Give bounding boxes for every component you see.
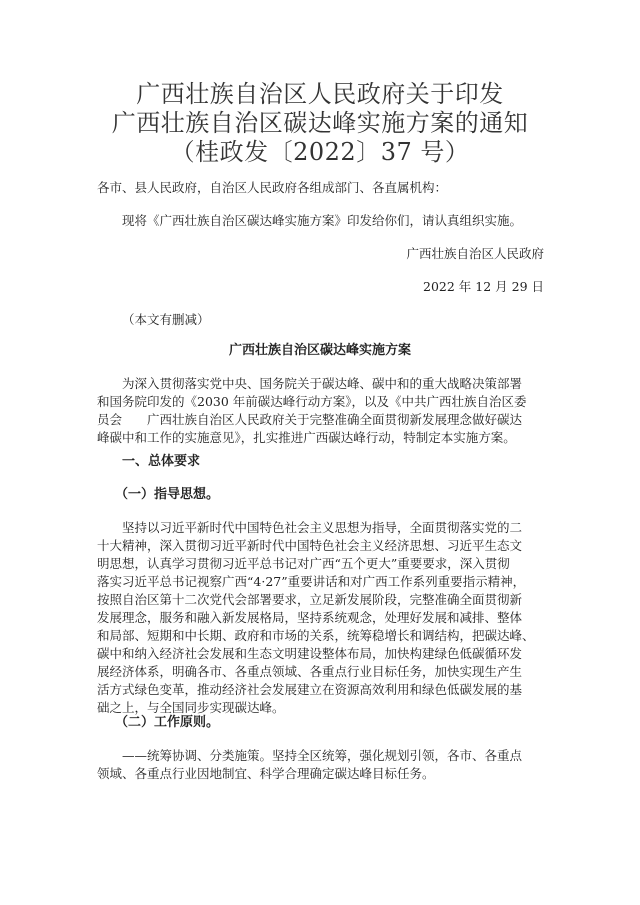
- ideology-line: 碳中和纳入经济社会发展和生态文明建设整体布局，加快构建绿色低碳循环发: [97, 645, 549, 663]
- notice-title-line-2: 广西壮族自治区碳达峰实施方案的通知: [0, 109, 640, 138]
- ideology-line: 十大精神，深入贯彻习近平新时代中国特色社会主义经济思想、习近平生态文: [97, 537, 549, 555]
- intro-line-3: 员会 广西壮族自治区人民政府关于完整准确全面贯彻新发展理念做好碳达: [97, 411, 549, 429]
- notice-body: 现将《广西壮族自治区碳达峰实施方案》印发给你们，请认真组织实施。: [122, 212, 522, 230]
- document-page: 广西壮族自治区人民政府关于印发 广西壮族自治区碳达峰实施方案的通知 （桂政发〔2…: [0, 0, 640, 905]
- ideology-line: 按照自治区第十二次党代会部署要求，立足新发展阶段，完整准确全面贯彻新: [97, 591, 549, 609]
- intro-line-2: 和国务院印发的《2030 年前碳达峰行动方案》，以及《中共广西壮族自治区委: [97, 393, 549, 411]
- plan-title: 广西壮族自治区碳达峰实施方案: [0, 342, 640, 360]
- work-principles-paragraph: ——统筹协调、分类施策。坚持全区统筹，强化规划引领，各市、各重点 领域、各重点行…: [97, 747, 549, 783]
- subsection-1-heading: （一）指导思想。: [115, 486, 219, 504]
- ideology-line: 明思想，认真学习贯彻习近平总书记对广西“五个更大”重要要求，深入贯彻: [97, 555, 549, 573]
- ideology-line: 和局部、短期和中长期、政府和市场的关系，统筹稳增长和调结构，把碳达峰、: [97, 627, 549, 645]
- addressee: 各市、县人民政府，自治区人民政府各组成部门、各直属机构：: [97, 179, 447, 197]
- guiding-ideology-paragraph: 坚持以习近平新时代中国特色社会主义思想为指导，全面贯彻落实党的二 十大精神，深入…: [97, 519, 549, 717]
- principle-line: 领域、各重点行业因地制宜、科学合理确定碳达峰目标任务。: [97, 765, 549, 783]
- ideology-line: 发展理念，服务和融入新发展格局，坚持系统观念，处理好发展和减排、整体: [97, 609, 549, 627]
- deletion-note: （本文有删减）: [122, 311, 210, 329]
- subsection-2-heading: （二）工作原则。: [115, 714, 219, 732]
- ideology-line: 坚持以习近平新时代中国特色社会主义思想为指导，全面贯彻落实党的二: [97, 519, 549, 537]
- section-1-heading: 一、总体要求: [122, 453, 200, 471]
- intro-paragraph: 为深入贯彻落实党中央、国务院关于碳达峰、碳中和的重大战略决策部署 和国务院印发的…: [97, 375, 549, 447]
- ideology-line: 活方式绿色变革，推动经济社会发展建立在资源高效利用和绿色低碳发展的基: [97, 681, 549, 699]
- ideology-line: 落实习近平总书记视察广西“4·27”重要讲话和对广西工作系列重要指示精神，: [97, 573, 549, 591]
- date: 2022 年 12 月 29 日: [423, 278, 544, 296]
- notice-title-line-1: 广西壮族自治区人民政府关于印发: [0, 80, 640, 109]
- ideology-line: 展经济体系，明确各市、各重点领域、各重点行业目标任务，加快实现生产生: [97, 663, 549, 681]
- signature: 广西壮族自治区人民政府: [406, 245, 544, 263]
- intro-line-4: 峰碳中和工作的实施意见》，扎实推进广西碳达峰行动，特制定本实施方案。: [97, 429, 549, 447]
- intro-line-1: 为深入贯彻落实党中央、国务院关于碳达峰、碳中和的重大战略决策部署: [97, 375, 549, 393]
- principle-line: ——统筹协调、分类施策。坚持全区统筹，强化规划引领，各市、各重点: [97, 747, 549, 765]
- notice-title-line-3: （桂政发〔2022〕37 号）: [0, 138, 640, 167]
